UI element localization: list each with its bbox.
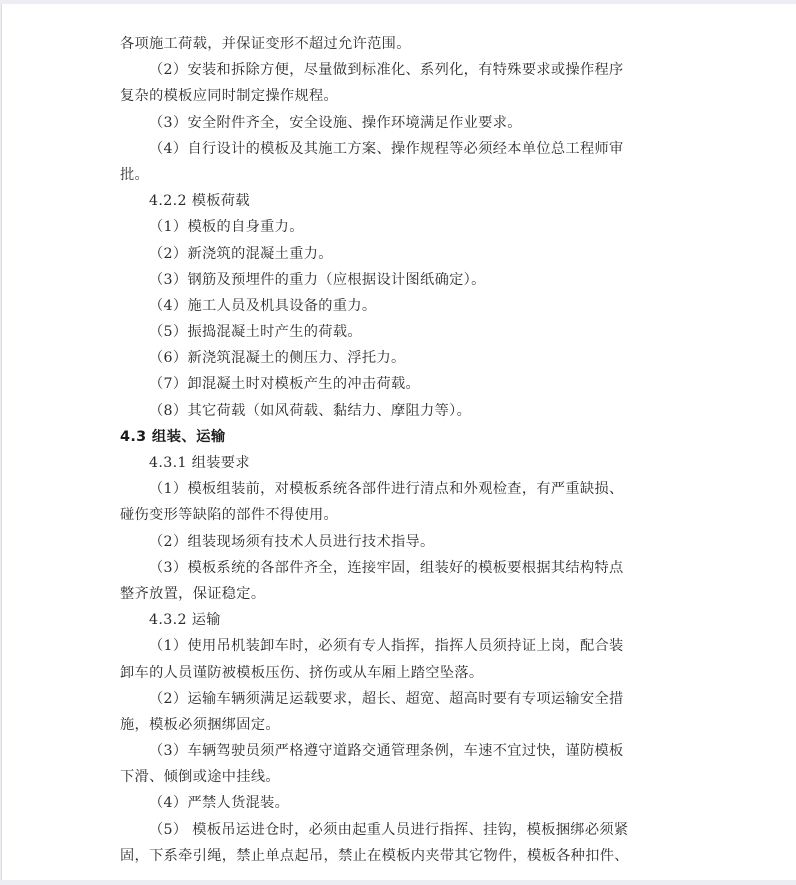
load-item-6: （6）新浇筑混凝土的侧压力、浮托力。 xyxy=(120,345,680,371)
transport-item-2-line-2: 施，模板必须捆绑固定。 xyxy=(120,712,680,738)
transport-item-2-line-1: （2）运输车辆须满足运载要求，超长、超宽、超高时要有专项运输安全措 xyxy=(120,686,680,712)
assembly-item-3-line-1: （3）模板系统的各部件齐全，连接牢固，组装好的模板要根据其结构特点 xyxy=(120,555,680,581)
assembly-item-3-line-2: 整齐放置，保证稳定。 xyxy=(120,581,680,607)
assembly-item-2: （2）组装现场须有技术人员进行技术指导。 xyxy=(120,529,680,555)
transport-item-5-line-2: 固，下系牵引绳，禁止单点起吊，禁止在模板内夹带其它物件，模板各种扣件、 xyxy=(120,843,680,869)
assembly-item-1-line-2: 碰伤变形等缺陷的部件不得使用。 xyxy=(120,502,680,528)
list-item-3: （3）安全附件齐全，安全设施、操作环境满足作业要求。 xyxy=(120,110,680,136)
load-item-7: （7）卸混凝土时对模板产生的冲击荷载。 xyxy=(120,371,680,397)
subsection-heading-4-2-2: 4.2.2 模板荷载 xyxy=(120,188,680,214)
transport-item-4: （4）严禁人货混装。 xyxy=(120,790,680,816)
load-item-1: （1）模板的自身重力。 xyxy=(120,214,680,240)
list-item-4-line-1: （4）自行设计的模板及其施工方案、操作规程等必须经本单位总工程师审 xyxy=(120,136,680,162)
transport-item-3-line-1: （3）车辆驾驶员须严格遵守道路交通管理条例，车速不宜过快，谨防模板 xyxy=(120,738,680,764)
paragraph-line: 各项施工荷载，并保证变形不超过允许范围。 xyxy=(120,31,680,57)
document-page: 各项施工荷载，并保证变形不超过允许范围。 （2）安装和拆除方便，尽量做到标准化、… xyxy=(1,4,796,880)
list-item-2-line-1: （2）安装和拆除方便，尽量做到标准化、系列化，有特殊要求或操作程序 xyxy=(120,57,680,83)
transport-item-1-line-1: （1）使用吊机装卸车时，必须有专人指挥，指挥人员须持证上岗，配合装 xyxy=(120,633,680,659)
subsection-heading-4-3-1: 4.3.1 组装要求 xyxy=(120,450,680,476)
transport-item-3-line-2: 下滑、倾倒或途中挂线。 xyxy=(120,764,680,790)
section-heading-4-3: 4.3 组装、运输 xyxy=(120,424,680,450)
document-body: 各项施工荷载，并保证变形不超过允许范围。 （2）安装和拆除方便，尽量做到标准化、… xyxy=(120,31,680,869)
transport-item-5-line-1: （5） 模板吊运进仓时，必须由起重人员进行指挥、挂钩，模板捆绑必须紧 xyxy=(120,817,680,843)
load-item-3: （3）钢筋及预埋件的重力（应根据设计图纸确定）。 xyxy=(120,267,680,293)
list-item-4-line-2: 批。 xyxy=(120,162,680,188)
load-item-8: （8）其它荷载（如风荷载、黏结力、摩阻力等）。 xyxy=(120,398,680,424)
load-item-2: （2）新浇筑的混凝土重力。 xyxy=(120,241,680,267)
load-item-4: （4）施工人员及机具设备的重力。 xyxy=(120,293,680,319)
transport-item-1-line-2: 卸车的人员谨防被模板压伤、挤伤或从车厢上踏空坠落。 xyxy=(120,660,680,686)
subsection-heading-4-3-2: 4.3.2 运输 xyxy=(120,607,680,633)
list-item-2-line-2: 复杂的模板应同时制定操作规程。 xyxy=(120,83,680,109)
assembly-item-1-line-1: （1）模板组装前，对模板系统各部件进行清点和外观检查，有严重缺损、 xyxy=(120,476,680,502)
load-item-5: （5）振捣混凝土时产生的荷载。 xyxy=(120,319,680,345)
